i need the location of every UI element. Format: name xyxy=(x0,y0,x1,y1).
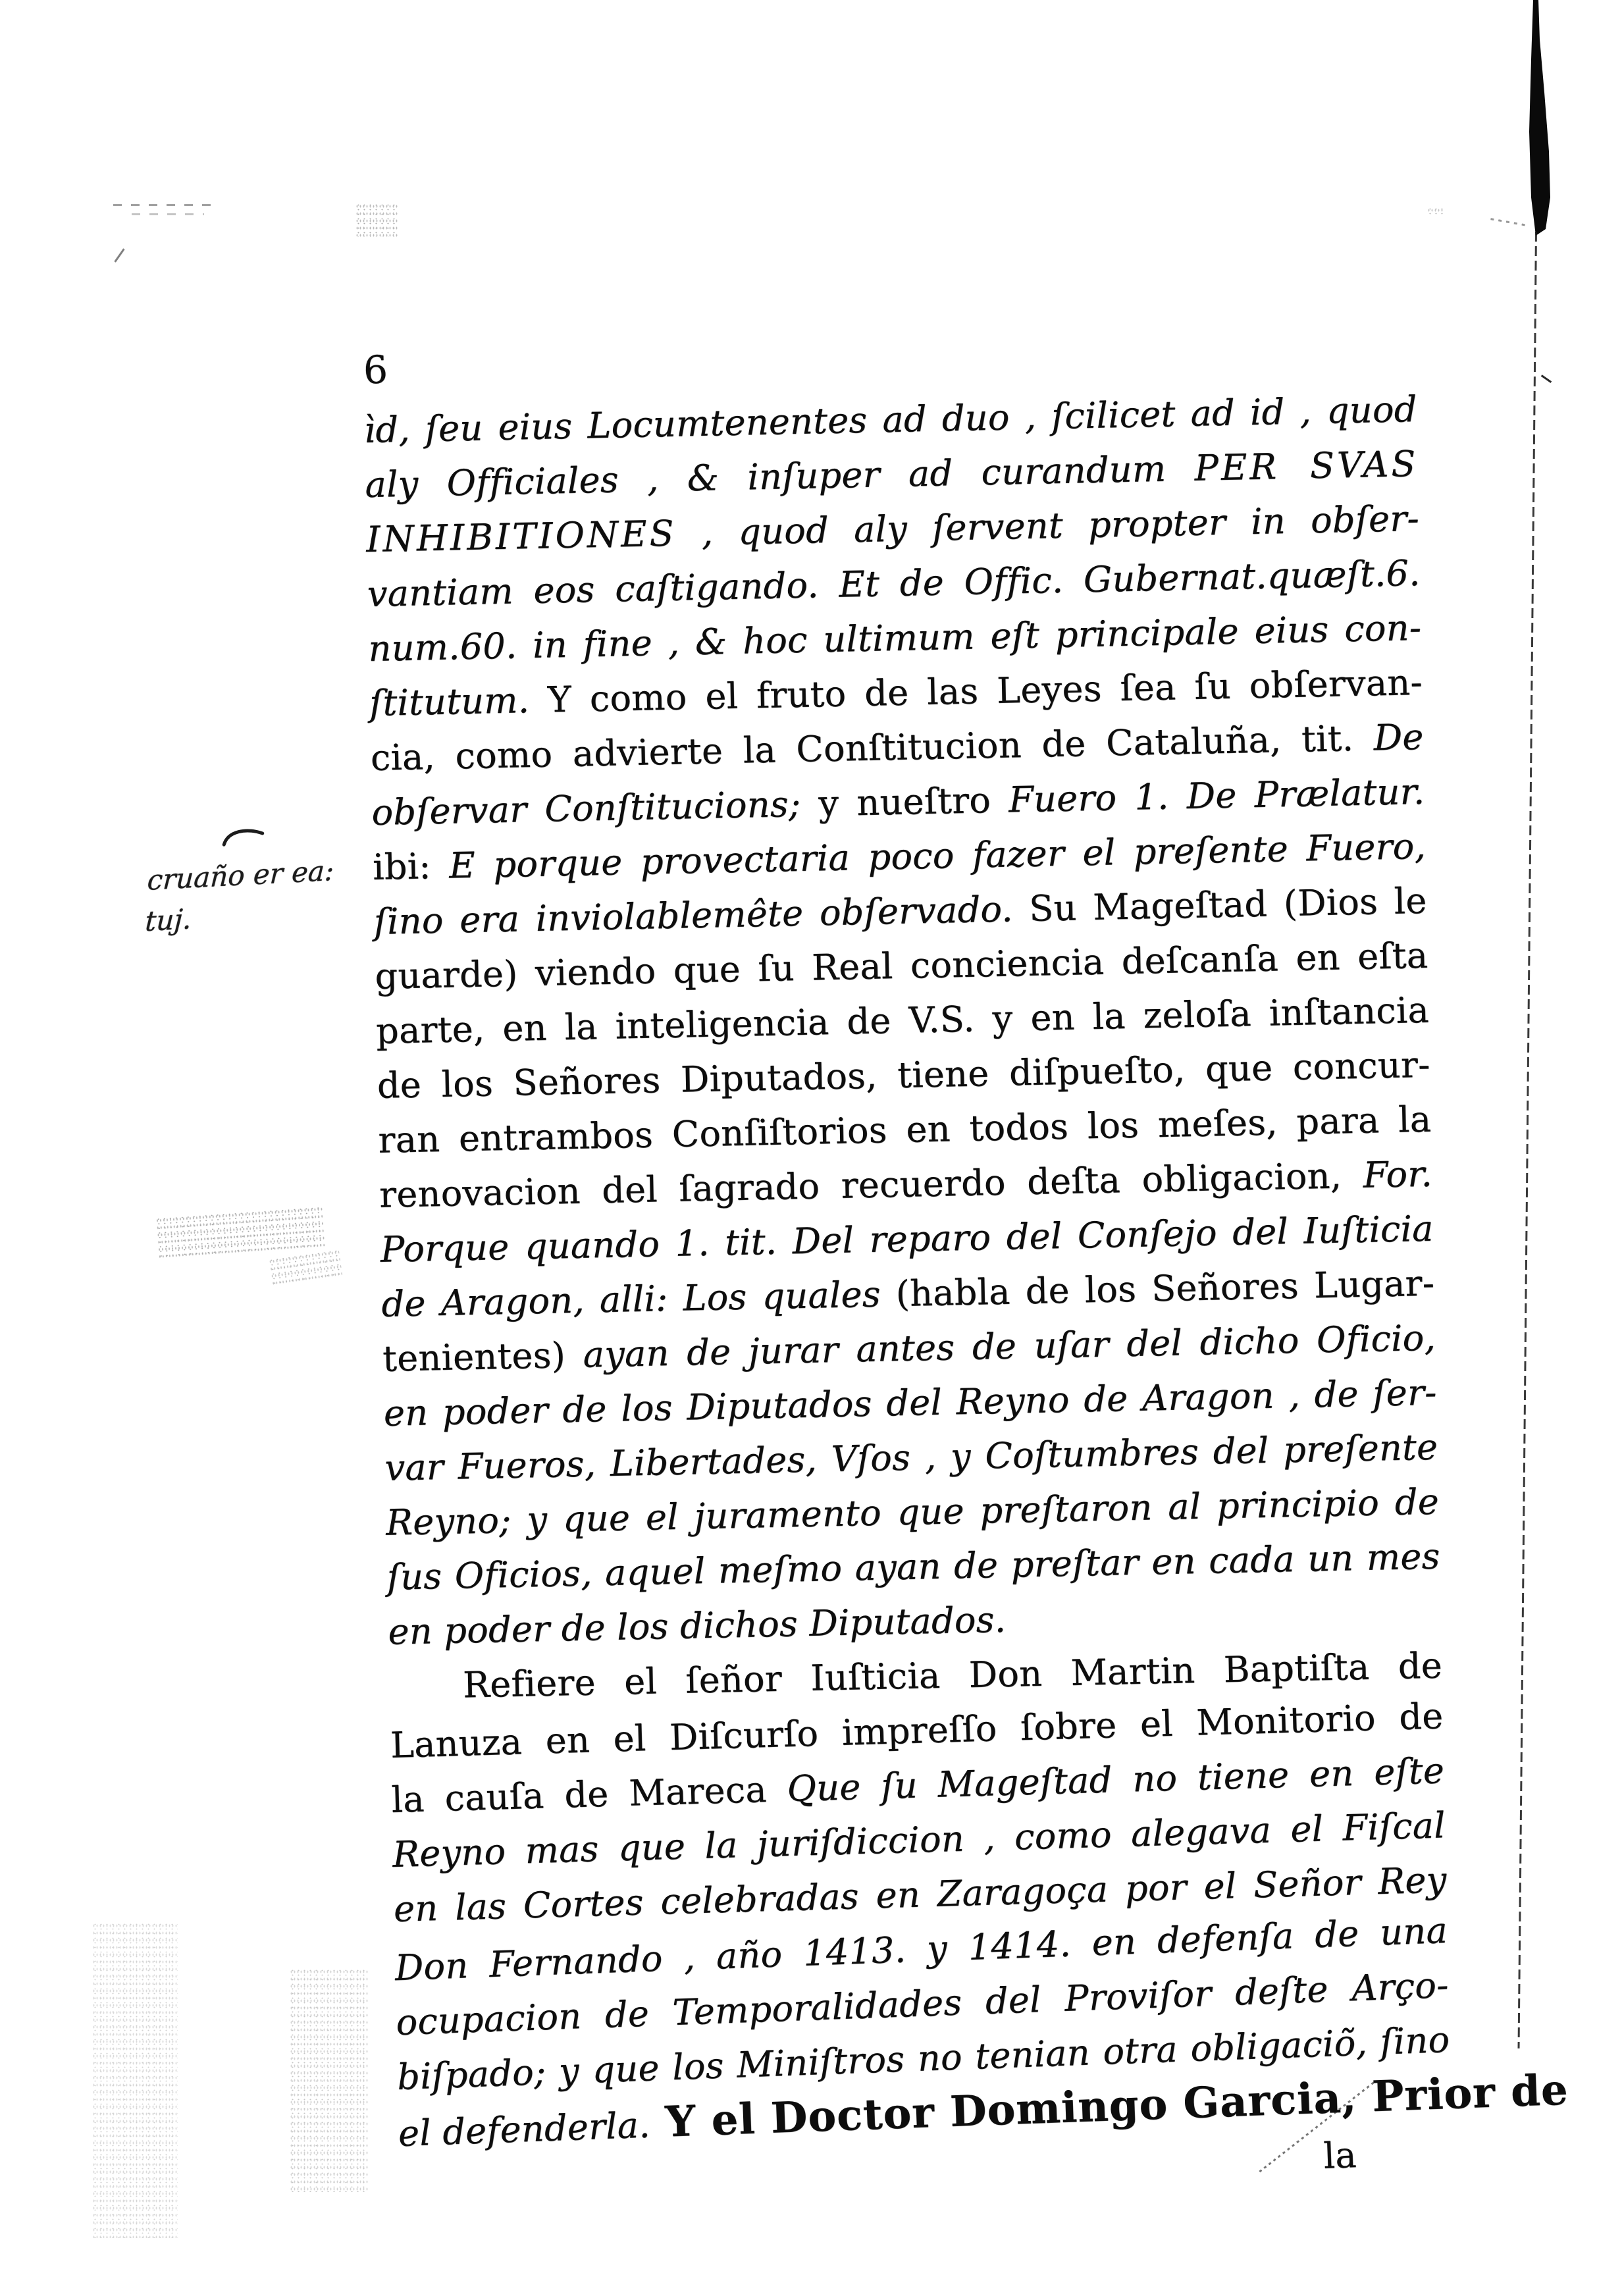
text-segment: de Aragon, alli: Los quales xyxy=(381,1274,881,1325)
scan-noise-patch xyxy=(1427,207,1444,215)
ink-smudge xyxy=(92,1922,178,2238)
text-segment: la cauſa de Mareca xyxy=(391,1768,788,1821)
scan-noise-patch xyxy=(355,203,399,237)
page-fold-line xyxy=(1518,232,1537,2048)
text-segment: ſtitutum. xyxy=(369,679,530,724)
text-segment: De xyxy=(1373,716,1424,759)
scan-noise-tick xyxy=(114,248,124,262)
page-number: 6 xyxy=(363,347,388,392)
text-segment: (habla de los Señores Lugar- xyxy=(880,1263,1435,1315)
text-segment: obſervar Conſtitucions; xyxy=(371,783,801,833)
text-segment: Fuero 1. De Prælatur. xyxy=(1008,771,1425,821)
text-segment: en poder de los dichos Diputados. xyxy=(388,1599,1007,1653)
text-segment: la xyxy=(1322,2134,1357,2177)
scanned-document-page: 6 cruaño er ea: tuj. ìd, ſeu eius Locumt… xyxy=(0,0,1622,2296)
text-segment: tenientes) xyxy=(382,1334,584,1380)
text-segment: ibi: xyxy=(373,845,450,888)
text-segment: , quod aly ſervent propter in obſer- xyxy=(676,498,1420,554)
ink-smudge xyxy=(155,1205,326,1258)
text-segment: PER SVAS xyxy=(1194,443,1419,489)
text-segment: y nueſtro xyxy=(800,779,1009,824)
scan-noise-dashes xyxy=(132,213,204,215)
text-segment: Su Mageſtad (Dios le xyxy=(1012,880,1427,930)
text-segment: ſino era inviolablemête obſervado. xyxy=(373,888,1013,942)
text-segment: INHIBITIONES xyxy=(366,513,677,560)
text-segment: For. xyxy=(1363,1153,1433,1196)
ink-smudge xyxy=(290,1968,369,2192)
scan-noise-dashes xyxy=(113,204,212,206)
text-segment: ayan de jurar antes de uſar del dicho Of… xyxy=(583,1317,1436,1376)
binding-edge-mark xyxy=(1515,0,1557,250)
margin-note-handwritten: cruaño er ea: tuj. xyxy=(144,848,372,942)
text-segment: el defenderla. xyxy=(398,2104,651,2154)
page-fold-hook xyxy=(1541,375,1552,383)
text-block: ìd, ſeu eius Locumtenentes ad duo , ſcil… xyxy=(363,382,1453,2208)
ink-smudge xyxy=(268,1249,342,1288)
text-segment: aly Officiales , & inſuper ad curandum xyxy=(365,448,1195,506)
margin-flourish-mark xyxy=(220,824,268,847)
text-lines: ìd, ſeu eius Locumtenentes ad duo , ſcil… xyxy=(363,382,1453,2208)
